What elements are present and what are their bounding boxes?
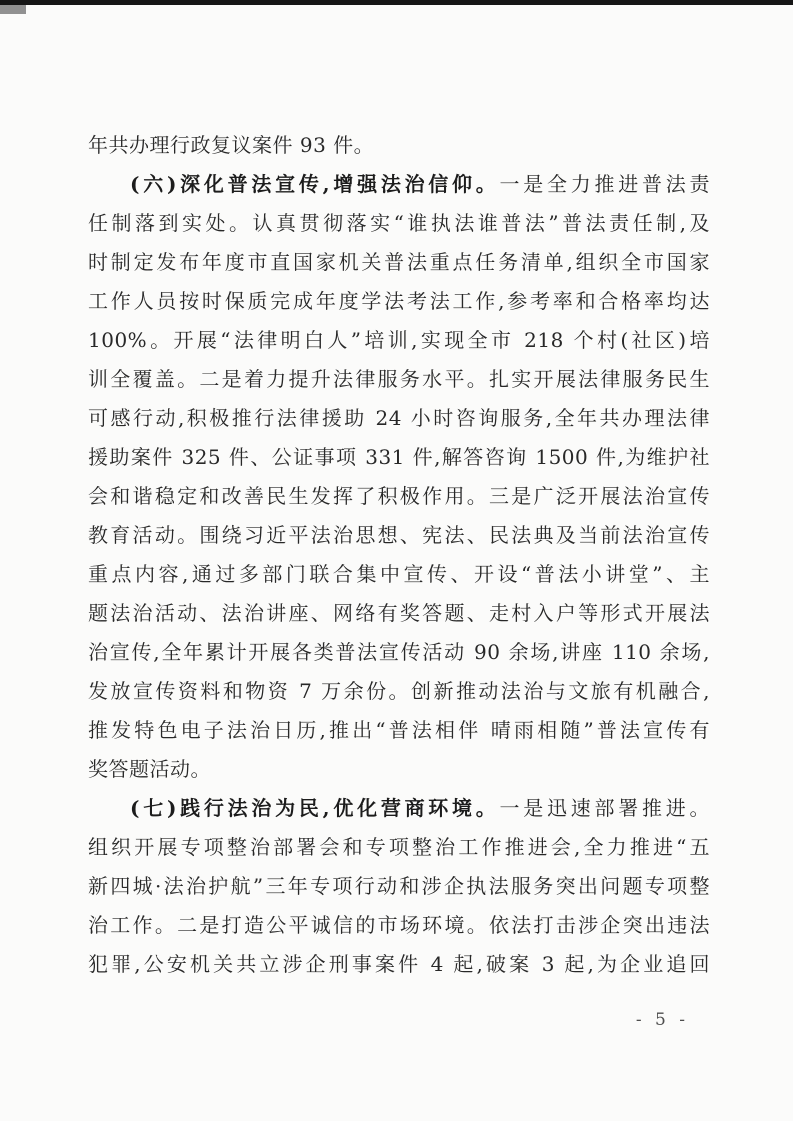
text-line: 100%。开展“法律明白人”培训,实现全市 218 个村(社区)培 [88,321,710,360]
text-line: 组织开展专项整治部署会和专项整治工作推进会,全力推进“五 [88,828,710,867]
section-heading-7: (七)践行法治为民,优化营商环境。 [130,796,500,820]
text-line: 题法治活动、法治讲座、网络有奖答题、走村入户等形式开展法 [88,594,710,633]
section-heading-6: (六)深化普法宣传,增强法治信仰。 [130,172,500,196]
text-line: 任制落到实处。认真贯彻落实“谁执法谁普法”普法责任制,及 [88,204,710,243]
text-line: 重点内容,通过多部门联合集中宣传、开设“普法小讲堂”、主 [88,555,710,594]
page-number: - 5 - [636,1008,689,1032]
section-heading-7-tail: 一是迅速部署推进。 [500,796,710,820]
section-heading-6-tail: 一是全力推进普法责 [500,172,710,196]
text-line: 新四城·法治护航”三年专项行动和涉企执法服务突出问题专项整 [88,867,710,906]
text-line: 援助案件 325 件、公证事项 331 件,解答咨询 1500 件,为维护社 [88,438,710,477]
text-line: 时制定发布年度市直国家机关普法重点任务清单,组织全市国家 [88,243,710,282]
text-line: 训全覆盖。二是着力提升法律服务水平。扎实开展法律服务民生 [88,360,710,399]
text-line: (六)深化普法宣传,增强法治信仰。一是全力推进普法责 [88,165,710,204]
text-line: 犯罪,公安机关共立涉企刑事案件 4 起,破案 3 起,为企业追回 [88,945,710,984]
text-line: 奖答题活动。 [88,750,710,789]
scan-edge-line [0,0,793,5]
text-line: 教育活动。围绕习近平法治思想、宪法、民法典及当前法治宣传 [88,516,710,555]
text-line: 年共办理行政复议案件 93 件。 [88,126,710,165]
text-line: 治宣传,全年累计开展各类普法宣传活动 90 余场,讲座 110 余场, [88,633,710,672]
text-line: 工作人员按时保质完成年度学法考法工作,参考率和合格率均达 [88,282,710,321]
text-line: 发放宣传资料和物资 7 万余份。创新推动法治与文旅有机融合, [88,672,710,711]
text-line: (七)践行法治为民,优化营商环境。一是迅速部署推进。 [88,789,710,828]
text-line: 可感行动,积极推行法律援助 24 小时咨询服务,全年共办理法律 [88,399,710,438]
document-page: 年共办理行政复议案件 93 件。 (六)深化普法宣传,增强法治信仰。一是全力推进… [88,126,710,984]
text-line: 治工作。二是打造公平诚信的市场环境。依法打击涉企突出违法 [88,906,710,945]
text-line: 推发特色电子法治日历,推出“普法相伴 晴雨相随”普法宣传有 [88,711,710,750]
text-line: 会和谐稳定和改善民生发挥了积极作用。三是广泛开展法治宣传 [88,477,710,516]
